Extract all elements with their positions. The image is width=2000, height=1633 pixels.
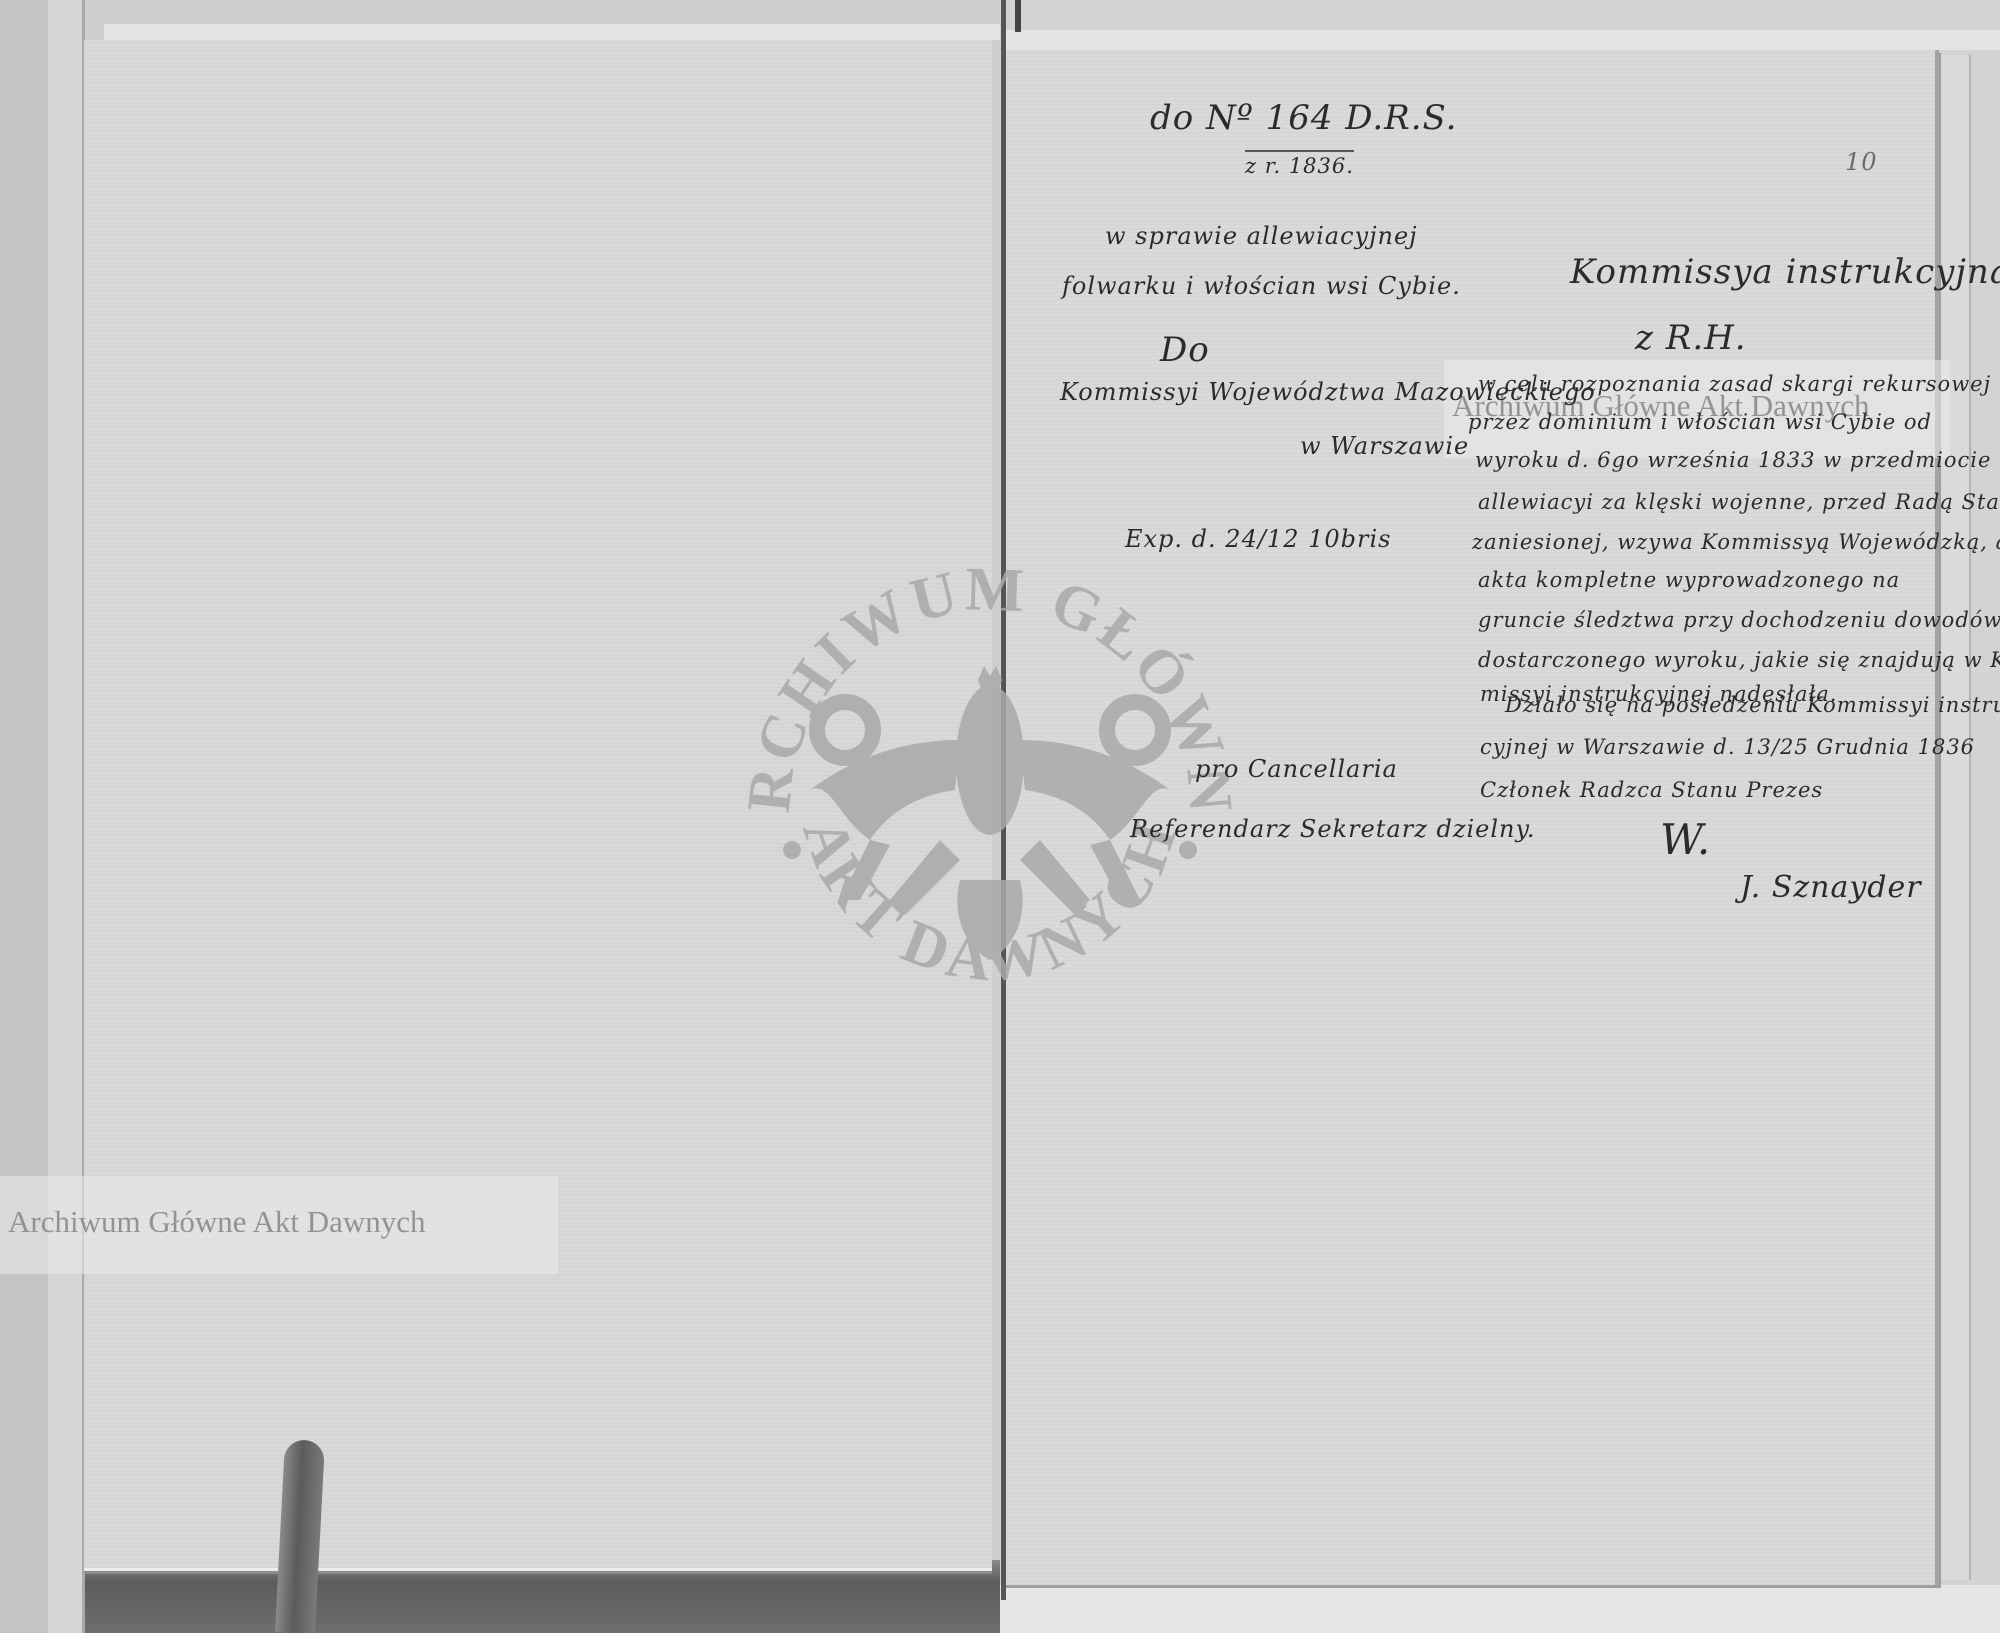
watermark-banner-left: Archiwum Główne Akt Dawnych [0,1176,558,1274]
closing-line-1: Działo się na posiedzeniu Kommissyi inst… [1505,693,2000,717]
left-page-top-edge [104,24,1000,40]
subject-line-1: w sprawie allewiacyjnej [1105,222,1418,250]
body-line: wyroku d. 6go września 1833 w przedmioci… [1475,448,1991,472]
body-line: dostarczonego wyroku, jakie się znajdują… [1478,648,2000,672]
signature-name: J. Sznayder [1740,870,1922,905]
heading-line-2: z R.H. [1635,318,1747,358]
reference-number: do Nº 164 D.R.S. [1150,98,1457,138]
body-line: gruncie śledztwa przy dochodzeniu dowodó… [1478,608,2000,632]
archive-stamp: ARCHIWUM GŁÓWNE AKT DAWNYCH [720,520,1260,1060]
addressee-line-1: Do [1160,330,1210,370]
signature-initials: W. [1660,815,1711,864]
book-cover-edge [0,0,51,1633]
body-line: w celu rozpoznania zasad skargi rekursow… [1478,372,1991,396]
watermark-text-left: Archiwum Główne Akt Dawnych [8,1204,426,1240]
scan-bed-bottom [1000,1585,2000,1633]
closing-line-3: Członek Radzca Stanu Prezes [1480,778,1823,802]
expedition-note: Exp. d. 24/12 10bris [1125,525,1391,553]
clerk-line-2: Referendarz Sekretarz dzielny. [1130,815,1536,843]
subject-line-2: folwarku i włościan wsi Cybie. [1062,272,1461,300]
body-line: allewiacyi za klęski wojenne, przed Radą… [1478,490,2000,514]
clerk-line-1: pro Cancellaria [1195,755,1398,783]
closing-line-2: cyjnej w Warszawie d. 13/25 Grudnia 1836 [1480,735,1975,759]
right-page-top-edge [1003,30,2000,50]
heading-line-1: Kommissya instrukcyjna [1570,252,2000,292]
body-line: zaniesionej, wzywa Kommissyą Wojewódzką,… [1472,530,2000,554]
book-page-edges [48,0,85,1633]
addressee-line-3: w Warszawie [1300,432,1469,460]
reference-year: z r. 1836. [1245,150,1354,178]
body-line: przez dominium i włościan wsi Cybie od [1468,410,1932,434]
page-number: 10 [1845,148,1878,176]
spine-top-shadow [1015,0,1021,32]
body-line: akta kompletne wyprowadzonego na [1478,568,1900,592]
